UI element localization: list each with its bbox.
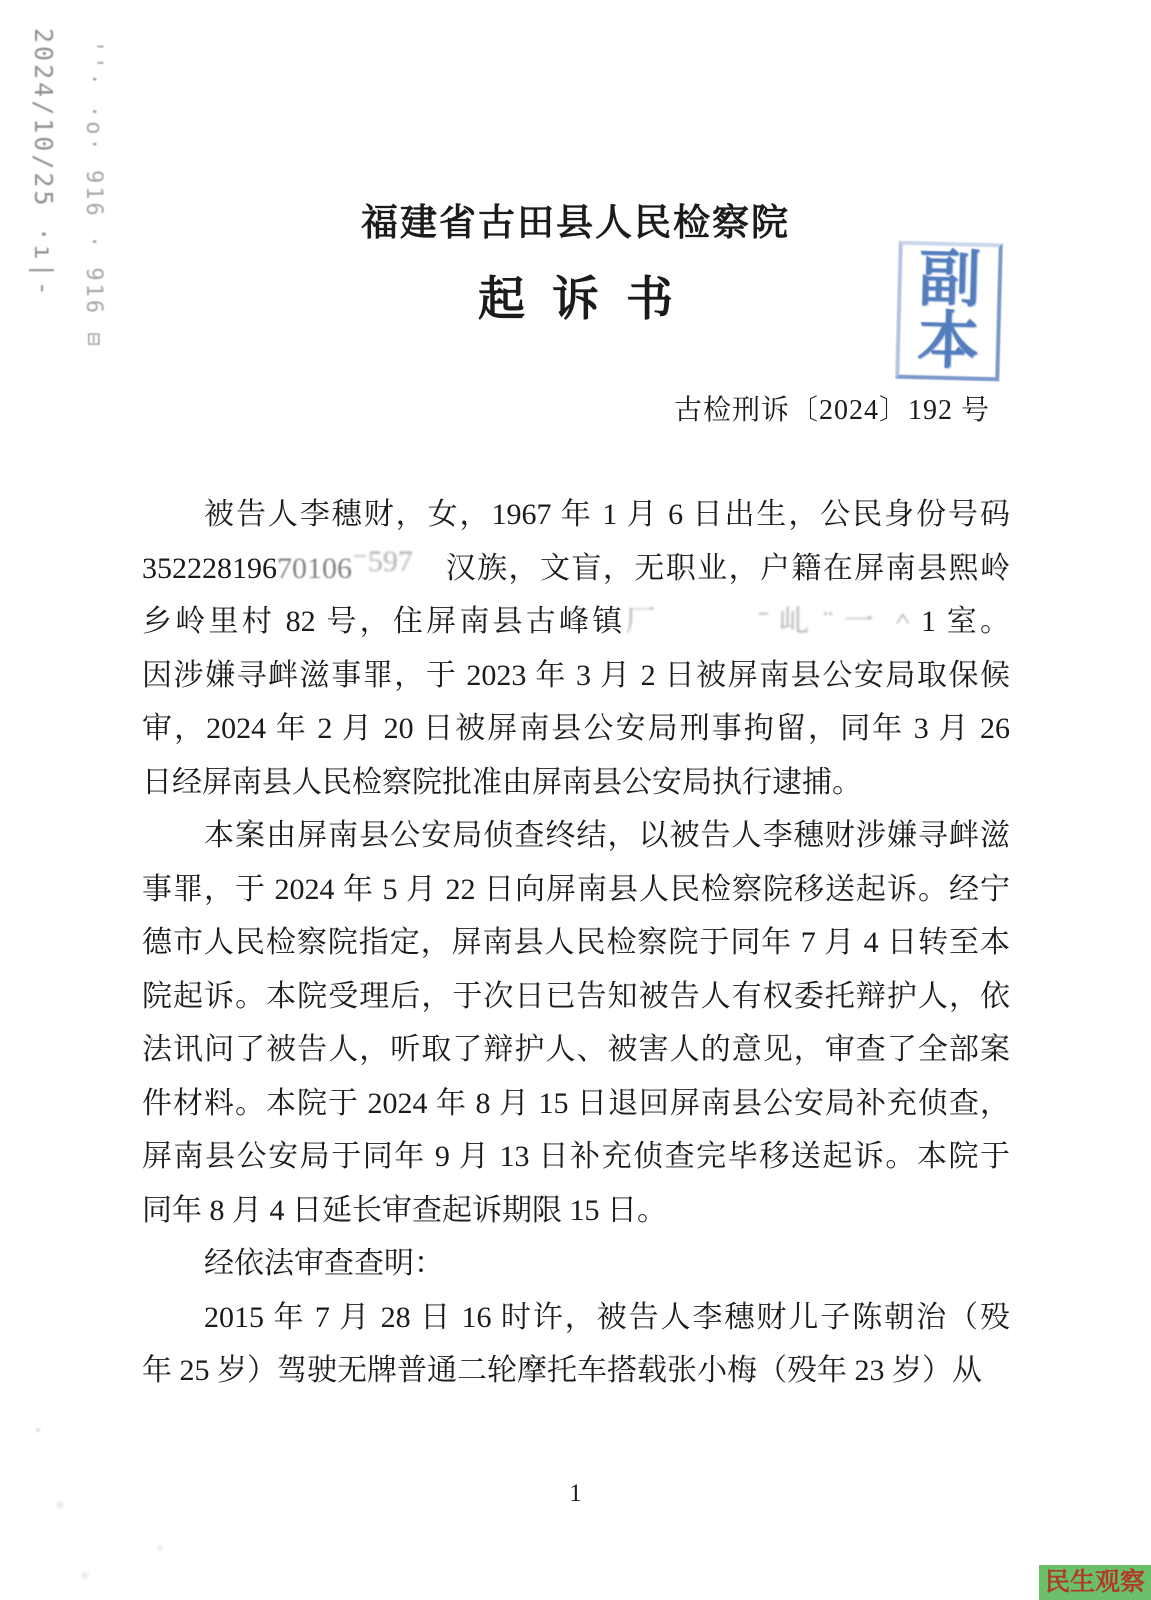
body-line-text: 法讯问了被告人，听取了辩护人、被害人的意见，审查了全部案 (142, 1033, 1010, 1066)
procuratorate-name: 福建省古田县人民检察院 (0, 192, 1151, 246)
body-line: 德市人民检察院指定，屏南县人民检察院于同年 7 月 4 日转至本 (142, 916, 1010, 970)
body-line-text: 屏南县公安局于同年 9 月 13 日补充侦查完毕移送起诉。本院于 (142, 1140, 1010, 1173)
body-line-text: 经依法审查查明： (204, 1247, 444, 1280)
body-line-text: 件材料。本院于 2024 年 8 月 15 日退回屏南县公安局补充侦查， (142, 1087, 1010, 1120)
page-number: 1 (0, 1480, 1151, 1508)
body-line: 事罪，于 2024 年 5 月 22 日向屏南县人民检察院移送起诉。经宁 (142, 863, 1010, 917)
body-line: 乡岭里村 82 号，住屏南县古峰镇厂 ˉ 乢 ¨ 一 ＾1 室。 (142, 595, 1010, 649)
body-line: 屏南县公安局于同年 9 月 13 日补充侦查完毕移送起诉。本院于 (142, 1130, 1010, 1184)
body-line: 同年 8 月 4 日延长审查起诉期限 15 日。 (142, 1184, 1010, 1238)
scanned-document-page: 2024/10/25 ·ı|- ''· ·o· 916 · 916 ⊟ 福建省古… (0, 0, 1151, 1600)
body-line-text: 年 25 岁）驾驶无牌普通二轮摩托车搭载张小梅（殁年 23 岁）从 (142, 1354, 982, 1387)
body-line: 被告人李穗财，女，1967 年 1 月 6 日出生，公民身份号码 (142, 488, 1010, 542)
body-line: 年 25 岁）驾驶无牌普通二轮摩托车搭载张小梅（殁年 23 岁）从 (142, 1344, 1010, 1398)
document-title-text: 起诉书 (478, 274, 700, 326)
body-line: 本案由屏南县公安局侦查终结，以被告人李穗财涉嫌寻衅滋 (142, 809, 1010, 863)
redacted-faded-text: ⁻597 (352, 545, 413, 578)
body-line-text: 被告人李穗财，女，1967 年 1 月 6 日出生，公民身份号码 (204, 498, 1010, 531)
redacted-faded-text: 厂 (626, 605, 659, 638)
body-line-text: 事罪，于 2024 年 5 月 22 日向屏南县人民检察院移送起诉。经宁 (142, 873, 1010, 906)
redacted-faded-text: 70106 (277, 552, 352, 585)
body-line-text: 1 室。 (921, 605, 1010, 638)
body-line-text: 德市人民检察院指定，屏南县人民检察院于同年 7 月 4 日转至本 (142, 926, 1010, 959)
body-line: 法讯问了被告人，听取了辩护人、被害人的意见，审查了全部案 (142, 1023, 1010, 1077)
body-line-text: 同年 8 月 4 日延长审查起诉期限 15 日。 (142, 1194, 667, 1227)
body-line: 因涉嫌寻衅滋事罪，于 2023 年 3 月 2 日被屏南县公安局取保候 (142, 649, 1010, 703)
body-line: 35222819670106⁻597 汉族，文盲，无职业，户籍在屏南县熙岭 (142, 542, 1010, 596)
body-line-text: 审，2024 年 2 月 20 日被屏南县公安局刑事拘留，同年 3 月 26 (142, 712, 1010, 745)
body-line: 日经屏南县人民检察院批准由屏南县公安局执行逮捕。 (142, 756, 1010, 810)
copy-seal-stamp: 副 本 (895, 241, 1003, 382)
stamp-top-char: 副 (918, 248, 982, 312)
body-line-text: 本案由屏南县公安局侦查终结，以被告人李穗财涉嫌寻衅滋 (204, 819, 1010, 852)
body-line-text: 乡岭里村 82 号，住屏南县古峰镇 (142, 605, 626, 638)
body-line: 2015 年 7 月 28 日 16 时许，被告人李穗财儿子陈朝治（殁 (142, 1291, 1010, 1345)
body-line-text: 日经屏南县人民检察院批准由屏南县公安局执行逮捕。 (142, 766, 862, 799)
case-document-number: 古检刑诉〔2024〕192 号 (0, 388, 990, 428)
body-line-text: 352228196 (142, 552, 277, 585)
watermark-text: 民生观察 (1045, 1565, 1145, 1600)
stamp-bottom-char: 本 (916, 310, 980, 374)
redacted-faded-text: ˉ 乢 ¨ 一 ＾ (659, 605, 921, 638)
body-line-text: 因涉嫌寻衅滋事罪，于 2023 年 3 月 2 日被屏南县公安局取保候 (142, 659, 1010, 692)
body-line-text: 2015 年 7 月 28 日 16 时许，被告人李穗财儿子陈朝治（殁 (204, 1301, 1010, 1334)
body-line-text: 汉族，文盲，无职业，户籍在屏南县熙岭 (413, 552, 1010, 585)
body-line: 经依法审查查明： (142, 1237, 1010, 1291)
body-line: 审，2024 年 2 月 20 日被屏南县公安局刑事拘留，同年 3 月 26 (142, 702, 1010, 756)
margin-bleedthrough-text-1: 2024/10/25 ·ı|- (29, 28, 58, 299)
body-line: 件材料。本院于 2024 年 8 月 15 日退回屏南县公安局补充侦查， (142, 1077, 1010, 1131)
watermark-badge: 民生观察 (1039, 1565, 1151, 1600)
body-line: 院起诉。本院受理后，于次日已告知被告人有权委托辩护人，依 (142, 970, 1010, 1024)
body-line-text: 院起诉。本院受理后，于次日已告知被告人有权委托辩护人，依 (142, 980, 1010, 1013)
body-text: 被告人李穗财，女，1967 年 1 月 6 日出生，公民身份号码35222819… (142, 488, 1010, 1398)
